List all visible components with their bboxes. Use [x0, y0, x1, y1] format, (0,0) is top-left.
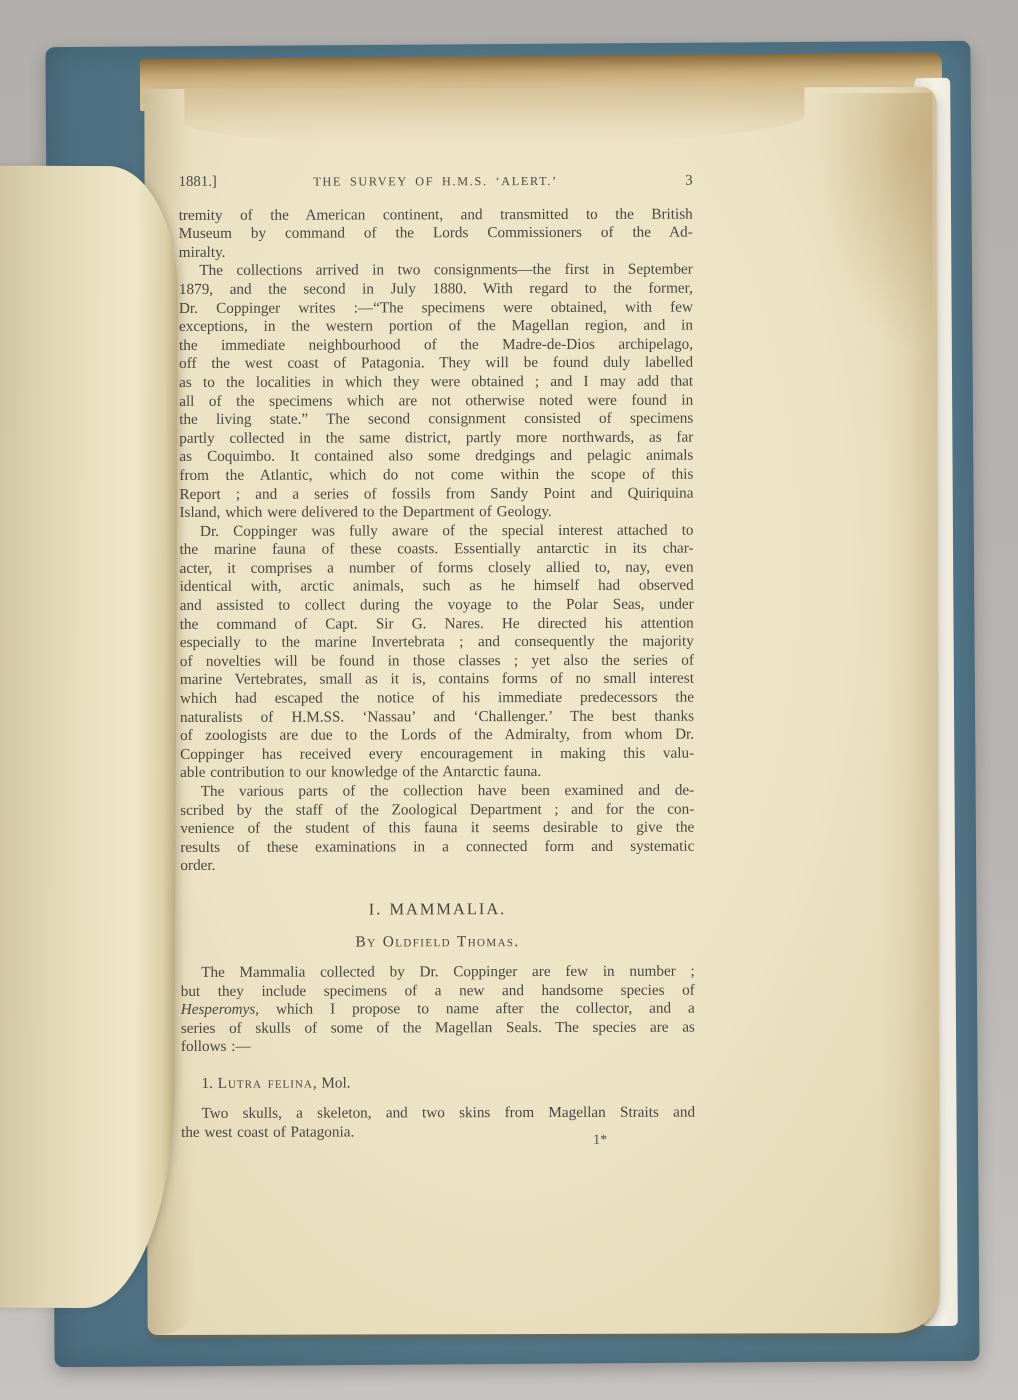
- text-line: follows :—: [181, 1037, 695, 1057]
- text-line: as Coquimbo. It contained also some dred…: [179, 447, 693, 467]
- text-line: from the Atlantic, which do not come wit…: [179, 466, 693, 486]
- text-line: as to the localities in which they were …: [179, 373, 693, 393]
- text-line: venience of the student of this fauna it…: [180, 819, 694, 839]
- text-line: The Mammalia collected by Dr. Coppinger …: [181, 963, 695, 983]
- text-line: able contribution to our knowledge of th…: [180, 763, 694, 783]
- text-line: but they include specimens of a new and …: [181, 981, 695, 1001]
- header-year: 1881.]: [179, 173, 217, 192]
- page-text: 1881.] THE SURVEY OF H.M.S. ‘ALERT.’ 3 t…: [179, 172, 696, 1152]
- text-line: Report ; and a series of fossils from Sa…: [179, 484, 693, 504]
- text-line: partly collected in the same district, p…: [179, 428, 693, 448]
- main-page: 1881.] THE SURVEY OF H.M.S. ‘ALERT.’ 3 t…: [144, 87, 939, 1335]
- decorative-stain: [184, 87, 804, 145]
- text-line: 1879, and the second in July 1880. With …: [179, 280, 693, 300]
- text-line: miralty.: [179, 242, 693, 262]
- species-name-segment: 1.: [201, 1075, 217, 1092]
- text-line: the immediate neighbourhood of the Madre…: [179, 335, 693, 355]
- text-line: Two skulls, a skeleton, and two skins fr…: [181, 1104, 695, 1124]
- text-line: which had escaped the notice of his imme…: [180, 689, 694, 709]
- text-line: Museum by command of the Lords Commissio…: [179, 224, 693, 244]
- text-line: Hesperomys, which I propose to name afte…: [181, 1000, 695, 1020]
- decorative-stain: [812, 93, 933, 353]
- text-line: Coppinger has received every encourageme…: [180, 744, 694, 764]
- byline: By Oldfield Thomas.: [181, 933, 695, 952]
- text-line: order.: [180, 856, 694, 876]
- page-text-body: tremity of the American continent, and t…: [179, 205, 695, 1151]
- text-line: and assisted to collect during the voyag…: [180, 596, 694, 616]
- text-line: of zoologists are due to the Lords of th…: [180, 726, 694, 746]
- species-name-segment: , Mol.: [313, 1074, 351, 1091]
- text-line: series of skulls of some of the Magellan…: [181, 1018, 695, 1038]
- text-line: Dr. Coppinger writes :—“The specimens we…: [179, 298, 693, 318]
- text-line: Dr. Coppinger was fully aware of the spe…: [180, 521, 694, 541]
- text-line: acter, it comprises a number of forms cl…: [180, 558, 694, 578]
- section-heading: I. MAMMALIA.: [180, 899, 694, 920]
- facing-page: [0, 166, 178, 1309]
- text-line: the living state.” The second consignmen…: [179, 410, 693, 430]
- text-line: the marine fauna of these coasts. Essent…: [180, 540, 694, 560]
- text-line: tremity of the American continent, and t…: [179, 205, 693, 225]
- text-line: The various parts of the collection have…: [180, 782, 694, 802]
- text-line: identical with, arctic animals, such as …: [180, 577, 694, 597]
- text-line: the command of Capt. Sir G. Nares. He di…: [180, 614, 694, 634]
- text-line: scribed by the staff of the Zoological D…: [180, 800, 694, 820]
- species-heading: 1. Lutra felina, Mol.: [181, 1073, 695, 1093]
- page-header: 1881.] THE SURVEY OF H.M.S. ‘ALERT.’ 3: [179, 172, 693, 192]
- text-line: of novelties will be found in those clas…: [180, 651, 694, 671]
- species-name-segment: Lutra felina: [218, 1075, 313, 1092]
- book-photo: 1881.] THE SURVEY OF H.M.S. ‘ALERT.’ 3 t…: [0, 0, 1018, 1400]
- text-line: especially to the marine Invertebrata ; …: [180, 633, 694, 653]
- header-page-number: 3: [685, 172, 692, 191]
- text-line: results of these examinations in a conne…: [180, 837, 694, 857]
- header-title: THE SURVEY OF H.M.S. ‘ALERT.’: [313, 172, 557, 191]
- text-line: marine Vertebrates, small as it is, cont…: [180, 670, 694, 690]
- text-line: The collections arrived in two consignme…: [179, 261, 693, 281]
- text-line: Island, which were delivered to the Depa…: [179, 503, 693, 523]
- text-line: all of the specimens which are not other…: [179, 391, 693, 411]
- text-line: exceptions, in the western portion of th…: [179, 317, 693, 337]
- text-line: off the west coast of Patagonia. They wi…: [179, 354, 693, 374]
- text-line: naturalists of H.M.SS. ‘Nassau’ and ‘Cha…: [180, 707, 694, 727]
